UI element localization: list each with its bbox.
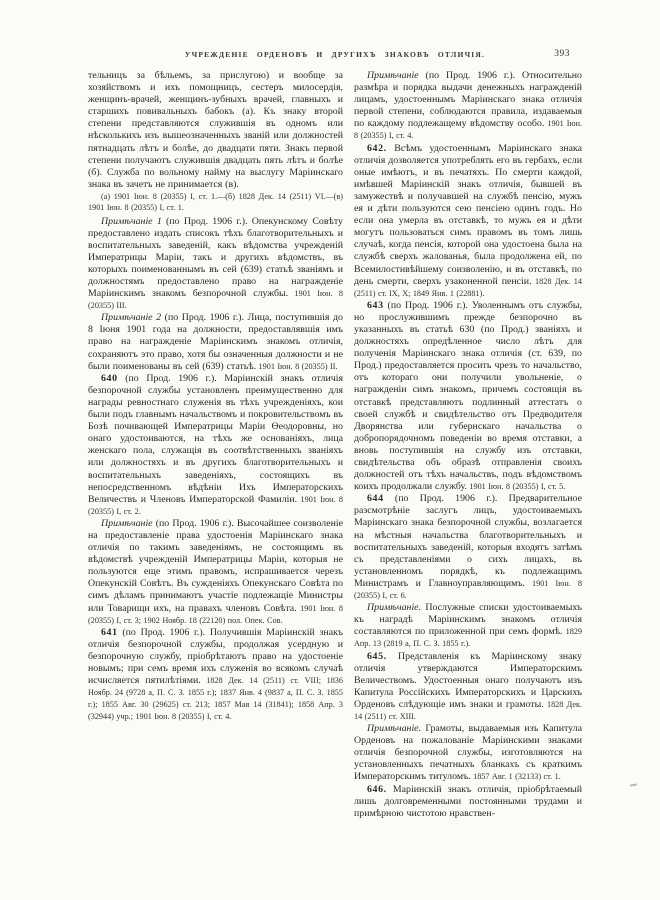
paragraph-lead: Примѣчаніе [367, 70, 419, 81]
paragraph: 640 (по Прод. 1906 г.). Маріинскій знакъ… [88, 373, 343, 518]
paragraph: (а) 1901 Іюн. 8 (20355) I, ст. 1.—(б) 18… [88, 192, 343, 214]
paragraph: Примѣчаніе 1 (по Прод. 1906 г.). Опекунс… [88, 216, 343, 313]
paragraph-lead: 642. [367, 143, 387, 154]
statute-citation: 1828 Дек. 14 (2511) ст. IX, X; 1849 Янв.… [354, 277, 582, 298]
statute-citation: 1901 Іюн. 8 (20355) I, ст. 2. [88, 495, 343, 516]
running-head: УЧРЕЖДЕНІЕ ОРДЕНОВЪ И ДРУГИХЪ ЗНАКОВЪ ОТ… [88, 50, 582, 64]
paragraph: 645. Представленія къ Маріинскому знаку … [354, 651, 582, 724]
paragraph-lead: Примѣчаніе. [367, 602, 421, 613]
statute-citation: 1901 Іюн. 8 (20355) II. [256, 362, 337, 371]
paragraph-lead: 641 [101, 627, 118, 638]
column-right: Примѣчаніе (по Прод. 1906 г.). Относител… [354, 70, 582, 820]
paragraph-lead: 646. [367, 784, 387, 795]
paragraph-lead: 645. [367, 651, 387, 662]
paragraph: Примѣчаніе (по Прод. 1906 г.). Высочайше… [88, 518, 343, 627]
paragraph: Примѣчаніе (по Прод. 1906 г.). Относител… [354, 70, 582, 143]
scan-artifact [630, 784, 637, 787]
column-left: тельницъ за бѣльемъ, за прислугою) и воо… [88, 70, 343, 820]
paragraph: тельницъ за бѣльемъ, за прислугою) и воо… [88, 70, 343, 191]
statute-citation: 1828 Дек. 14 (2511) ст. XIII. [354, 700, 582, 721]
paragraph-lead: 643 [367, 300, 384, 311]
paragraph: Примѣчаніе. Грамоты, выдаваемыя изъ Капи… [354, 723, 582, 783]
statute-citation: 1829 Апр. 13 (2819 а, П. С. З. 1855 г.). [354, 627, 582, 648]
paragraph: 642. Всѣмъ удостоеннымъ Маріинскаго знак… [354, 143, 582, 300]
paragraph: 641 (по Прод. 1906 г.). Получившія Маріи… [88, 627, 343, 724]
paragraph-lead: Примѣчаніе 1 [101, 216, 162, 227]
statute-citation: 1901 Іюн. 8 (20355) I, ст. 4. [354, 119, 582, 140]
statute-citation: 1901 Іюн. 8 (20355) I, ст. 6. [354, 579, 582, 600]
statute-citation: 1901 Іюн. 8 (20355) I, ст. 5. [467, 482, 565, 491]
statute-citation: 1901 Іюн. 8 (20355) I, ст. 3; 1902 Ноябр… [88, 604, 343, 625]
paragraph: 646. Маріинскій знакъ отличія, пріобрѣта… [354, 784, 582, 820]
paragraph-lead: Примѣчаніе [101, 518, 153, 529]
text-columns: тельницъ за бѣльемъ, за прислугою) и воо… [88, 70, 582, 820]
running-title: УЧРЕЖДЕНІЕ ОРДЕНОВЪ И ДРУГИХЪ ЗНАКОВЪ ОТ… [88, 50, 582, 59]
paragraph: 643 (по Прод. 1906 г.). Уволеннымъ отъ с… [354, 300, 582, 494]
paragraph: Примѣчаніе 2 (по Прод. 1906 г.). Лица, п… [88, 312, 343, 372]
scanned-document-page: УЧРЕЖДЕНІЕ ОРДЕНОВЪ И ДРУГИХЪ ЗНАКОВЪ ОТ… [0, 0, 660, 900]
paragraph-lead: Примѣчаніе 2 [101, 312, 161, 323]
statute-citation: 1901 Іюн. 8 (20355) III. [88, 289, 343, 310]
paragraph: Примѣчаніе. Послужные списки удостоиваем… [354, 602, 582, 650]
statute-citation: 1857 Авг. 1 (32133) ст. 1. [471, 772, 561, 781]
paragraph-lead: 640 [101, 373, 118, 384]
page-number: 393 [554, 49, 570, 59]
paragraph-lead: Примѣчаніе. [367, 723, 421, 734]
paragraph: 644 (по Прод. 1906 г.). Предварительное … [354, 493, 582, 602]
paragraph-lead: 644 [367, 493, 384, 504]
statute-citation: 1828 Дек. 14 (2511) ст. VIII; 1836 Ноябр… [88, 676, 343, 721]
